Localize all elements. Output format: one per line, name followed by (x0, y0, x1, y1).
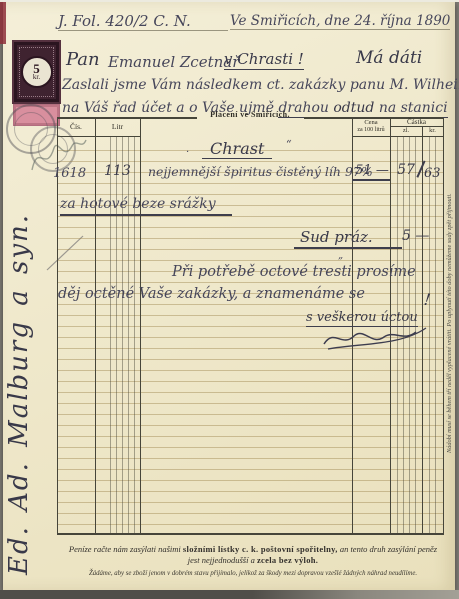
stamp-body: 5 kr. (12, 40, 61, 104)
company-margin-script: Ed. Ad. Malburg a syn. (4, 125, 34, 575)
right-margin-note: Nádobí musí se během tří neděl vyplacené… (446, 133, 453, 453)
col-header-cena-line1: Cena (352, 119, 390, 126)
scan-edge-bottom (0, 590, 459, 599)
addressee-place-text: v Chrasti ! (224, 50, 304, 70)
barrel-row-desc: Sud práz. (300, 228, 373, 246)
hand-heading-text: Chrast (202, 139, 272, 159)
signature-scrawl (320, 322, 432, 352)
footer-payment-note: Peníze račte nám zasýlati našimi složním… (62, 544, 444, 566)
addressee-place: v Chrasti ! (224, 50, 304, 68)
col-line-litr-desc (140, 118, 141, 533)
row1-cell-litr: 113 (104, 163, 131, 179)
row1-cell-cis: 1618 (53, 166, 86, 181)
row1-cena-underline (352, 179, 390, 181)
barrel-row-mark: „ (338, 250, 343, 261)
body-line-2: Zaslali jsme Vám následkem ct. zakázky p… (62, 77, 459, 93)
reference-number: J. Fol. 420/2 C. N. (58, 12, 228, 31)
hand-heading: Chrast (202, 139, 272, 158)
stamp-unit: kr. (33, 74, 40, 81)
footer-small-note: Žádáme, aby se zboží jenom v dobrém stav… (58, 570, 448, 577)
footer-text-bold-1: složními lístky c. k. poštovní spořiteln… (183, 544, 338, 554)
col-header-zl: zl. (390, 127, 422, 134)
row1-cell-description: nejjemnější špiritus čistěný líh 97% (148, 164, 373, 179)
barrel-row-underline (294, 247, 402, 249)
table-title: Placení ve Smiřicích. (197, 110, 303, 119)
note-row-text: za hotové beze srážky (60, 196, 216, 212)
note-row-underline (60, 214, 232, 216)
col-header-litr: Litr (95, 122, 140, 131)
scanned-invoice: J. Fol. 420/2 C. N. Ve Smiřicích, dne 24… (0, 0, 459, 599)
debit-label: Má dáti (356, 48, 422, 68)
closing-line-1: Při potřebě octové tresti prosíme (172, 264, 416, 280)
row1-cell-kr: 63 (424, 166, 441, 181)
table-border-bottom (57, 533, 444, 535)
table-border-right (443, 118, 444, 533)
footer-text-pre: Peníze račte nám zasýlati našimi (69, 544, 183, 554)
salutation: Pan (66, 49, 100, 70)
col-header-castka: Částka (390, 118, 443, 126)
table-top-rule-left (57, 117, 197, 119)
red-stamp-sliver (0, 2, 6, 44)
stamp-value-circle: 5 kr. (21, 56, 53, 88)
barrel-row-amount: 5 — (402, 228, 442, 244)
addressee-name: Emanuel Zcetnař (108, 53, 239, 71)
col-line-cis-litr (95, 118, 96, 533)
hand-heading-mark-left: · (186, 147, 189, 158)
col-header-cis: Čís. (57, 122, 95, 131)
col-header-kr: kr. (422, 127, 443, 134)
col-header-cena-line2: za 100 litrů (352, 127, 390, 133)
hand-heading-mark-right: “ (286, 138, 292, 151)
place-date-line: Ve Smiřicích, dne 24. října 1890 (230, 13, 450, 30)
body-line-3-underlined-2: odtud (333, 100, 374, 118)
kr-digit-line (435, 136, 436, 533)
row1-cell-cena: 51 — (355, 163, 389, 178)
scan-edge-top (0, 0, 459, 2)
body-line-3-underlined-3: na stanici (379, 100, 448, 118)
footer-text-bold-2: zcela bez výloh. (257, 555, 318, 565)
closing-line-2: děj octěné Vaše zakázky, a znamenáme se (58, 286, 365, 302)
